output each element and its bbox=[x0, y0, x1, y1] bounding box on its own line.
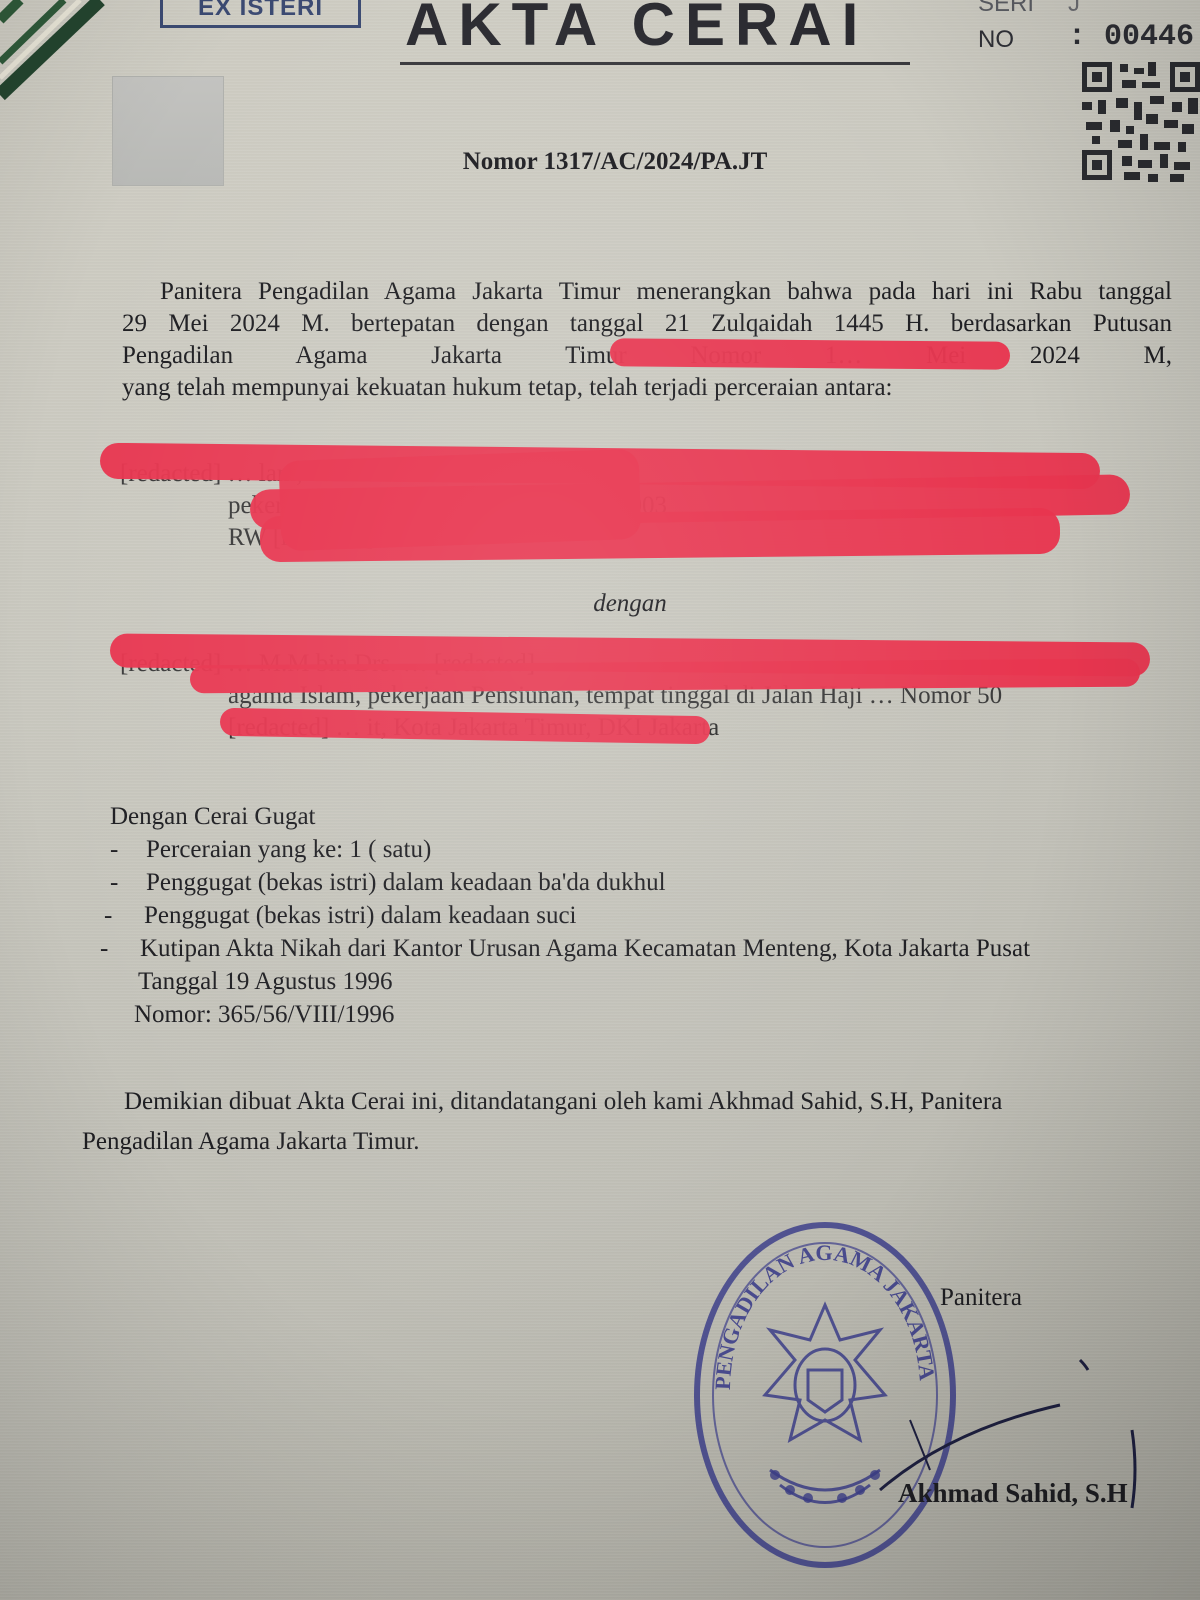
details-item: -Penggugat (bekas istri) dalam keadaan b… bbox=[110, 866, 1030, 899]
details-item: -Penggugat (bekas istri) dalam keadaan s… bbox=[104, 899, 1030, 932]
details-item: -Perceraian yang ke: 1 ( satu) bbox=[110, 833, 1030, 866]
bullet-dash: - bbox=[104, 899, 144, 932]
no-label: NO bbox=[978, 26, 1014, 54]
bullet-dash: - bbox=[110, 866, 146, 899]
details-item-text: Kutipan Akta Nikah dari Kantor Urusan Ag… bbox=[140, 932, 1030, 965]
signatory-title: Panitera bbox=[940, 1284, 1022, 1312]
marriage-date: Tanggal 19 Agustus 1996 bbox=[110, 965, 1030, 998]
details-item-text: Penggugat (bekas istri) dalam keadaan ba… bbox=[146, 866, 666, 899]
closing-line-1: Demikian dibuat Akta Cerai ini, ditandat… bbox=[124, 1082, 1200, 1122]
details-item: -Kutipan Akta Nikah dari Kantor Urusan A… bbox=[100, 932, 1030, 965]
opening-line: yang telah mempunyai kekuatan hukum teta… bbox=[122, 372, 1172, 404]
details-item-text: Perceraian yang ke: 1 ( satu) bbox=[146, 833, 431, 866]
title-underline bbox=[400, 62, 910, 65]
document-title: AKTA CERAI bbox=[405, 0, 868, 59]
details-heading: Dengan Cerai Gugat bbox=[110, 800, 1030, 833]
opening-line: Panitera Pengadilan Agama Jakarta Timur … bbox=[122, 276, 1172, 308]
divorce-details: Dengan Cerai Gugat -Perceraian yang ke: … bbox=[110, 800, 1030, 1031]
opening-line: 29 Mei 2024 M. bertepatan dengan tanggal… bbox=[122, 308, 1172, 340]
separator-dengan: dengan bbox=[0, 590, 1200, 618]
redaction-mark bbox=[279, 449, 642, 552]
ex-istri-stamp: EX ISTERI bbox=[160, 0, 361, 28]
document-number: Nomor 1317/AC/2024/PA.JT bbox=[0, 148, 1200, 176]
redaction-mark bbox=[610, 338, 1010, 369]
bullet-dash: - bbox=[100, 932, 140, 965]
serial-number: : 00446 bbox=[1068, 20, 1194, 54]
seri-value: J bbox=[1068, 0, 1080, 18]
marriage-number: Nomor: 365/56/VIII/1996 bbox=[110, 998, 1030, 1031]
signatory-name: Akhmad Sahid, S.H bbox=[898, 1478, 1128, 1509]
bullet-dash: - bbox=[110, 833, 146, 866]
closing-line-2: Pengadilan Agama Jakarta Timur. bbox=[82, 1122, 1182, 1162]
seri-label: SERI bbox=[978, 0, 1034, 18]
details-item-text: Penggugat (bekas istri) dalam keadaan su… bbox=[144, 899, 577, 932]
certificate-border-ornament bbox=[0, 0, 130, 110]
